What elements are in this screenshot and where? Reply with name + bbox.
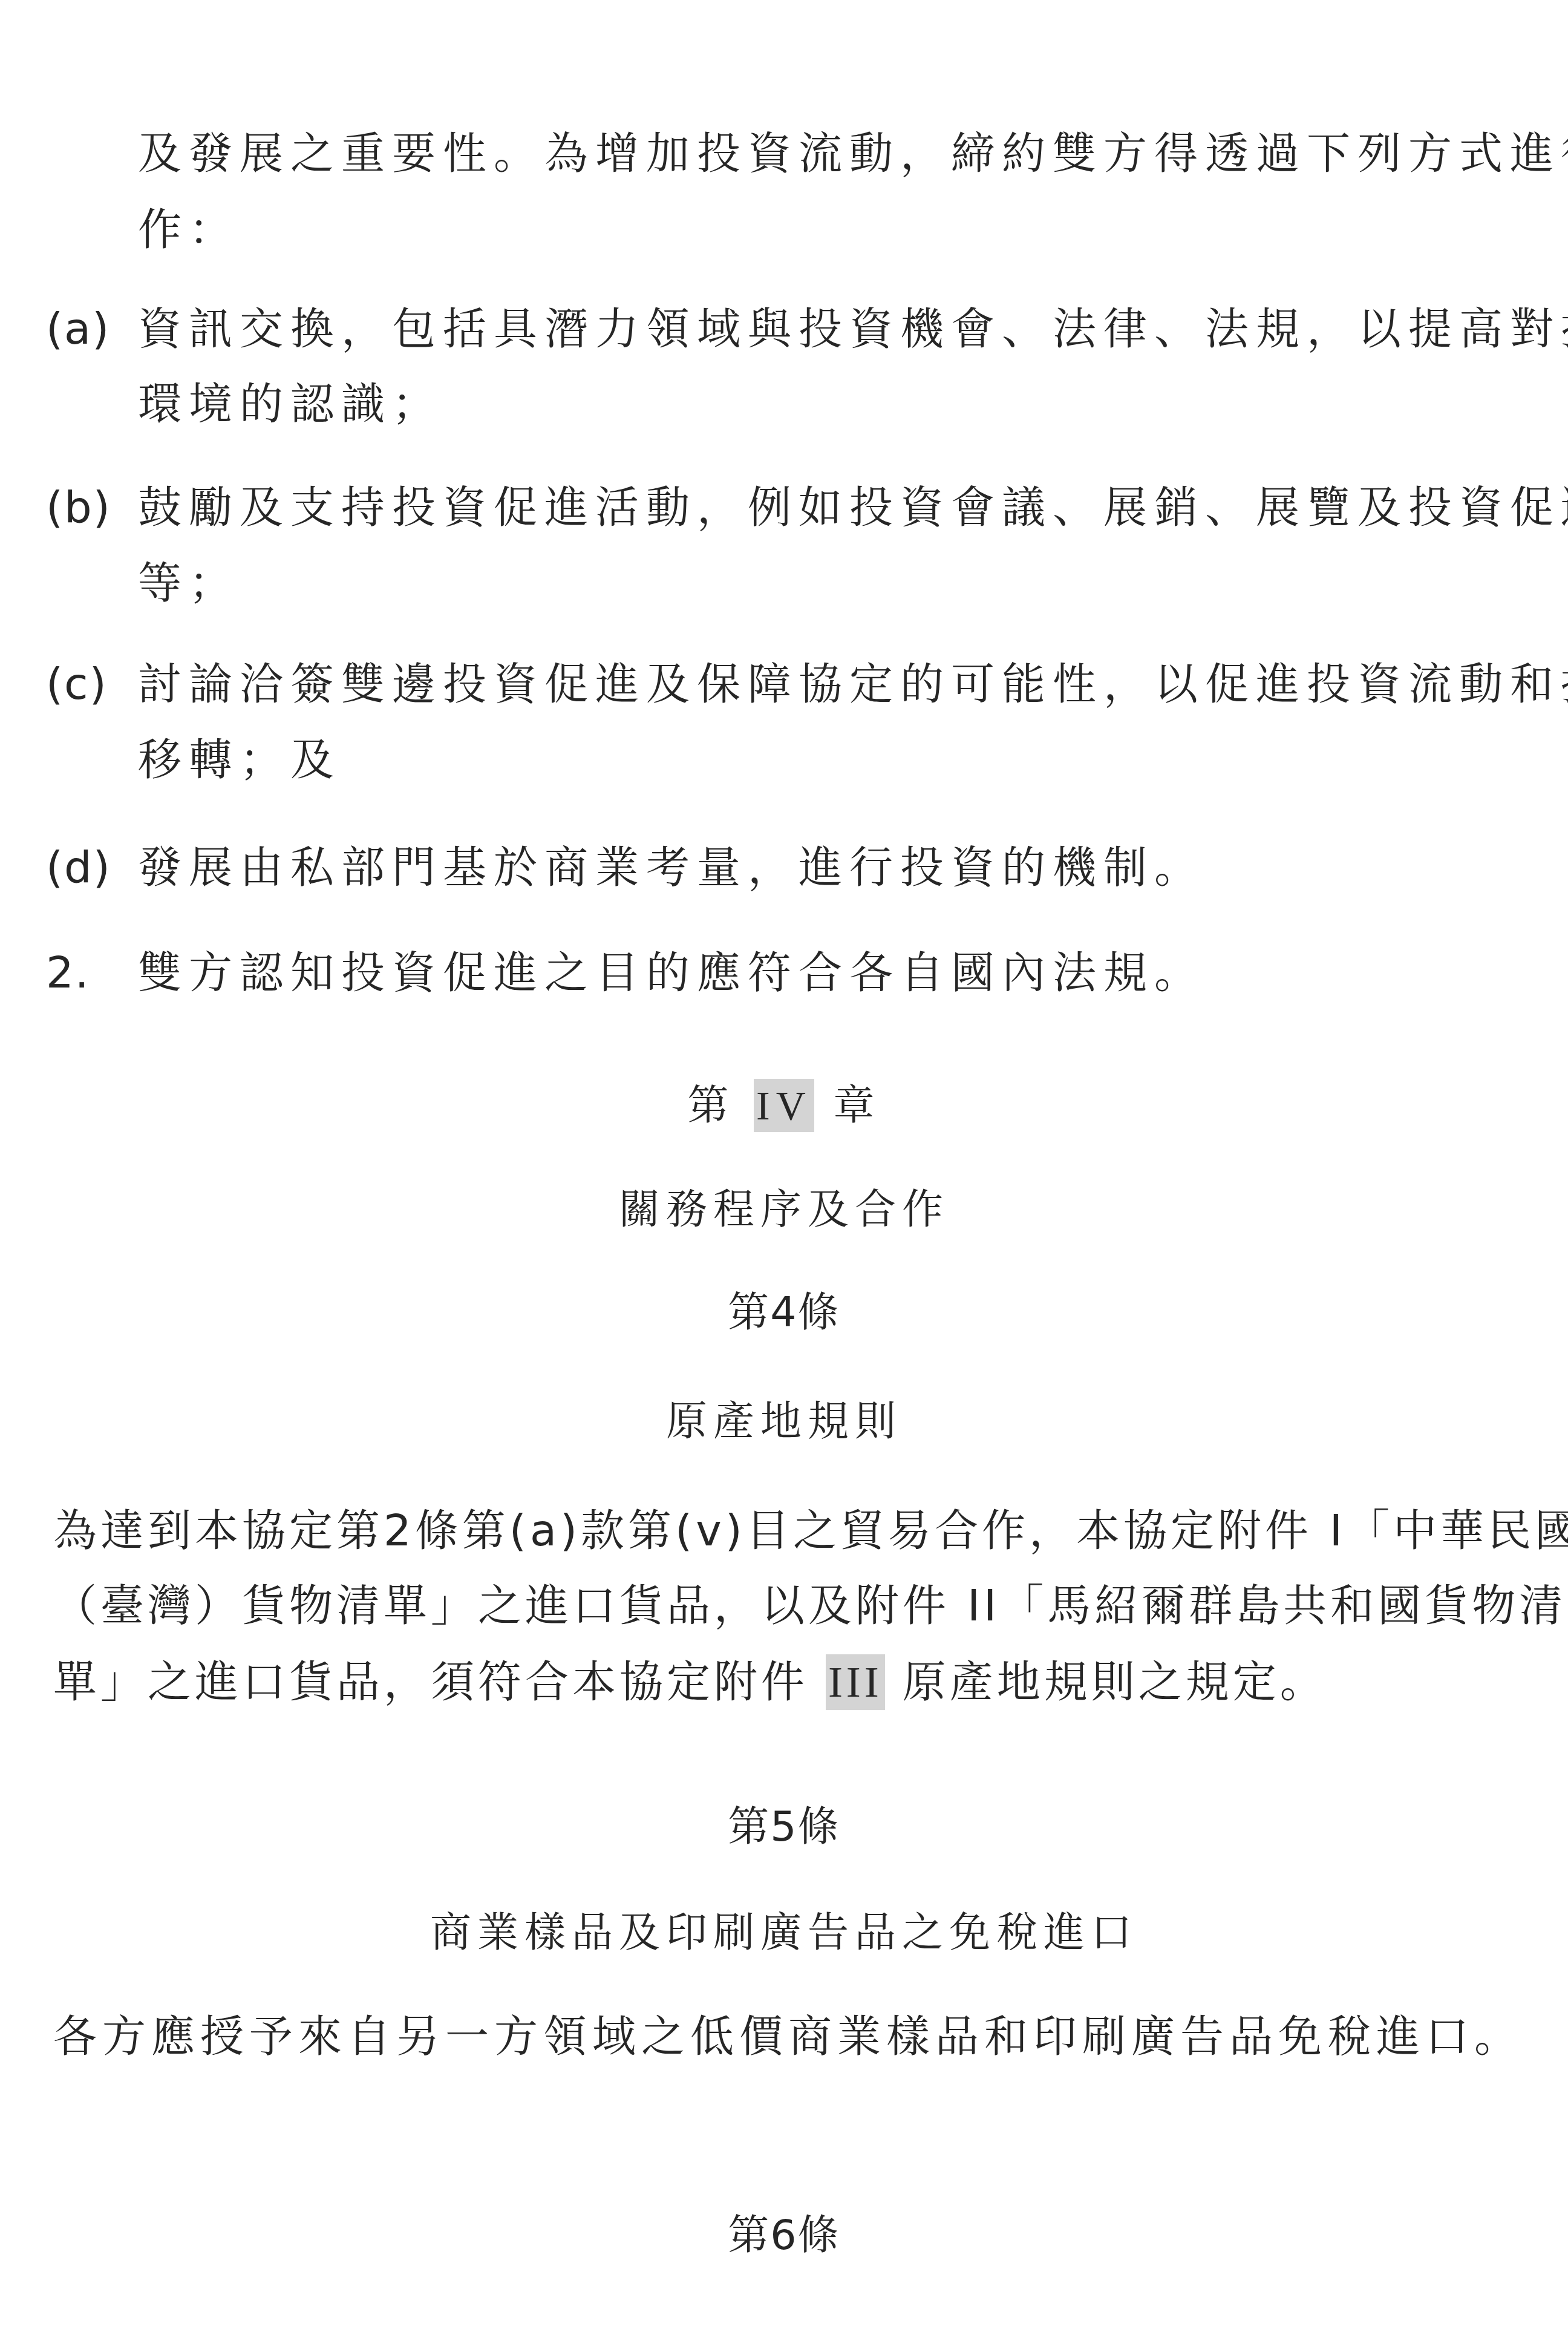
item-b-marker: (b) xyxy=(46,480,111,534)
article-4-line-2: （臺灣）貨物清單」之進口貨品，以及附件 II「馬紹爾群島共和國貨物清 xyxy=(53,1578,1566,1633)
paragraph-2-text: 雙方認知投資促進之目的應符合各自國內法規。 xyxy=(138,945,1205,1000)
article-4-line-3: 單」之進口貨品，須符合本協定附件 III 原產地規則之規定。 xyxy=(53,1654,1327,1709)
intro-line-2: 作： xyxy=(138,202,240,257)
item-b-line-2: 等； xyxy=(138,555,240,610)
chapter-numeral: IV xyxy=(754,1079,814,1132)
item-c-line-2: 移轉；及 xyxy=(138,732,341,787)
item-d-line-1: 發展由私部門基於商業考量，進行投資的機制。 xyxy=(138,840,1205,894)
intro-line-1: 及發展之重要性。為增加投資流動，締約雙方得透過下列方式進行合 xyxy=(138,126,1568,180)
chapter-heading: 第 IV 章 xyxy=(0,1078,1568,1133)
article-4-line-3-before: 單」之進口貨品，須符合本協定附件 xyxy=(53,1656,826,1707)
article-4-title: 原產地規則 xyxy=(0,1395,1568,1449)
chapter-title: 關務程序及合作 xyxy=(0,1183,1568,1237)
article-4-line-3-after: 原產地規則之規定。 xyxy=(885,1656,1327,1707)
chapter-prefix: 第 xyxy=(687,1082,734,1130)
article-5-title: 商業樣品及印刷廣告品之免稅進口 xyxy=(0,1906,1568,1960)
article-5-heading: 第5條 xyxy=(0,1800,1568,1855)
item-a-line-2: 環境的認識； xyxy=(138,376,443,431)
chapter-suffix: 章 xyxy=(834,1082,881,1130)
annex-iii-highlight: III xyxy=(826,1654,885,1710)
item-b-line-1: 鼓勵及支持投資促進活動，例如投資會議、展銷、展覽及投資促進團 xyxy=(138,480,1568,534)
document-page: 及發展之重要性。為增加投資流動，締約雙方得透過下列方式進行合 作： (a) 資訊… xyxy=(0,0,1568,2332)
item-c-line-1: 討論洽簽雙邊投資促進及保障協定的可能性，以促進投資流動和技術 xyxy=(138,657,1568,711)
article-4-heading: 第4條 xyxy=(0,1286,1568,1340)
item-c-marker: (c) xyxy=(46,657,108,711)
article-5-text: 各方應授予來自另一方領域之低價商業樣品和印刷廣告品免稅進口。 xyxy=(53,2009,1523,2063)
item-a-marker: (a) xyxy=(46,301,110,356)
paragraph-2-marker: 2. xyxy=(46,945,90,1000)
article-4-line-1: 為達到本協定第2條第(a)款第(v)目之貿易合作，本協定附件 I「中華民國 xyxy=(53,1503,1568,1557)
item-d-marker: (d) xyxy=(46,840,111,894)
item-a-line-1: 資訊交換，包括具潛力領域與投資機會、法律、法規，以提高對投資 xyxy=(138,301,1568,356)
article-6-heading: 第6條 xyxy=(0,2209,1568,2263)
